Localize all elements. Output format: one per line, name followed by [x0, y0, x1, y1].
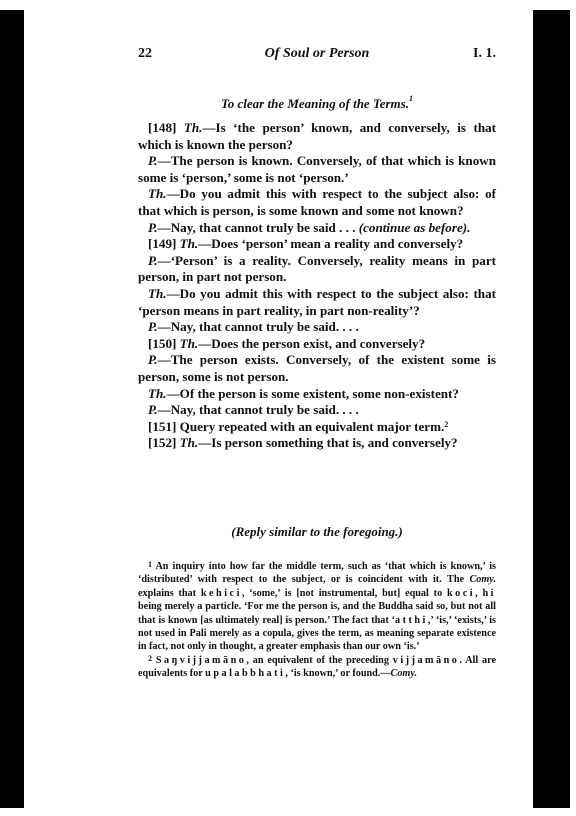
pali-term: kehici	[201, 588, 242, 599]
speaker-label: P.	[148, 253, 158, 268]
speaker-label: Th.	[180, 336, 199, 351]
paragraph-149-p2: P.—Nay, that cannot truly be said. . . .	[138, 319, 496, 336]
speaker-label: Th.	[180, 236, 199, 251]
paragraph-text: —The person exists. Conversely, of the e…	[138, 352, 496, 384]
section-title-text: To clear the Meaning of the Terms.	[221, 96, 409, 111]
paragraph-number: [150]	[148, 336, 180, 351]
paragraph-150-th2: Th.—Of the person is some existent, some…	[138, 386, 496, 403]
footnote-ref-1[interactable]: 1	[409, 94, 413, 103]
paragraph-number: [148]	[148, 120, 184, 135]
paragraph-148-th2: Th.—Do you admit this with respect to th…	[138, 186, 496, 219]
pali-term: upalabbhati	[205, 668, 285, 679]
abbrev-comy: Comy.	[391, 668, 418, 679]
paragraph-text: —Do you admit this with respect to the s…	[138, 186, 496, 218]
scan-border-right	[533, 10, 570, 808]
paragraph-text: —Does the person exist, and conversely?	[198, 336, 425, 351]
paragraph-text: —Is person something that is, and conver…	[198, 435, 457, 450]
speaker-label: Th.	[180, 435, 199, 450]
paragraph-text: —Of the person is some existent, some no…	[167, 386, 459, 401]
scan-border-left	[0, 10, 24, 808]
paragraph-text: —Nay, that cannot truly be said. . . .	[158, 402, 359, 417]
paragraph-text: —Nay, that cannot truly be said. . . .	[158, 319, 359, 334]
speaker-label: P.	[148, 352, 158, 367]
speaker-label: P.	[148, 153, 158, 168]
footnote-2: 2 Saŋvijjamāno, an equivalent of the pre…	[138, 654, 496, 681]
speaker-label: P.	[148, 319, 158, 334]
footnote-text: , ‘some,’ is [not instrumental, but] equ…	[242, 588, 447, 599]
paragraph-150-p2: P.—Nay, that cannot truly be said. . . .	[138, 402, 496, 419]
pali-term: hi	[482, 588, 496, 599]
speaker-label: P.	[148, 402, 158, 417]
pali-term: Saŋvijjamāno	[156, 655, 247, 666]
paragraph-number: [151]	[148, 419, 180, 434]
paragraph-150-th: [150] Th.—Does the person exist, and con…	[138, 336, 496, 353]
paragraph-text: —‘Person’ is a reality. Conversely, real…	[138, 253, 496, 285]
footnotes: 1 An inquiry into how far the middle ter…	[138, 560, 496, 681]
paragraph-text: —Does ‘person’ mean a reality and conver…	[198, 236, 463, 251]
speaker-label: P.	[148, 220, 158, 235]
footnote-text: explains that	[138, 588, 201, 599]
paragraph-italic-note: (continue as before).	[359, 220, 471, 235]
main-text: [148] Th.—Is ‘the person’ known, and con…	[138, 120, 496, 452]
paragraph-text: —Do you admit this with respect to the s…	[138, 286, 496, 318]
paragraph-number: [149]	[148, 236, 180, 251]
paragraph-number: [152]	[148, 435, 180, 450]
running-title: Of Soul or Person	[138, 46, 496, 62]
paragraph-152-th: [152] Th.—Is person something that is, a…	[138, 435, 496, 452]
speaker-label: Th.	[148, 386, 167, 401]
paragraph-149-th: [149] Th.—Does ‘person’ mean a reality a…	[138, 236, 496, 253]
paragraph-148-th: [148] Th.—Is ‘the person’ known, and con…	[138, 120, 496, 153]
paragraph-149-p: P.—‘Person’ is a reality. Conversely, re…	[138, 253, 496, 286]
footnote-mark: 1	[148, 560, 152, 569]
section-reference: I. 1.	[473, 46, 496, 62]
footnote-ref-2[interactable]: 2	[444, 420, 448, 429]
paragraph-150-p: P.—The person exists. Conversely, of the…	[138, 352, 496, 385]
footnote-1: 1 An inquiry into how far the middle ter…	[138, 560, 496, 654]
paragraph-text: Query repeated with an equivalent major …	[180, 419, 445, 434]
paragraph-text: —The person is known. Conversely, of tha…	[138, 153, 496, 185]
paragraph-148-p2: P.—Nay, that cannot truly be said . . . …	[138, 220, 496, 237]
footnote-text: An inquiry into how far the middle term,…	[138, 561, 496, 585]
speaker-label: Th.	[148, 286, 167, 301]
pali-term: vijjamāno	[393, 655, 460, 666]
reply-note: (Reply similar to the foregoing.)	[138, 524, 496, 540]
footnote-text: , ‘is known,’ or found.—	[285, 668, 390, 679]
pali-term: atthi	[395, 615, 428, 626]
speaker-label: Th.	[184, 120, 203, 135]
paragraph-149-th2: Th.—Do you admit this with respect to th…	[138, 286, 496, 319]
pali-term: koci	[447, 588, 475, 599]
section-title: To clear the Meaning of the Terms.1	[138, 96, 496, 112]
abbrev-comy: Comy.	[469, 574, 496, 585]
running-header: 22 Of Soul or Person I. 1.	[138, 46, 496, 64]
footnote-mark: 2	[148, 654, 152, 663]
paragraph-151: [151] Query repeated with an equivalent …	[138, 419, 496, 436]
footnote-text: , an equivalent of the preceding	[246, 655, 392, 666]
paragraph-148-p: P.—The person is known. Conversely, of t…	[138, 153, 496, 186]
speaker-label: Th.	[148, 186, 167, 201]
paragraph-text: —Nay, that cannot truly be said . . .	[158, 220, 359, 235]
